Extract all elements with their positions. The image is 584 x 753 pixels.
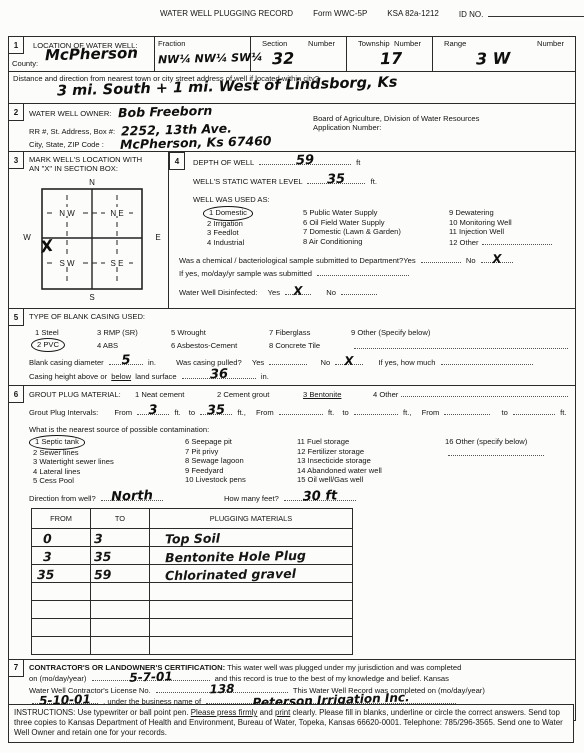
- used-as-option: 10 Monitoring Well: [449, 218, 569, 228]
- disinfected-no-line: [341, 287, 377, 295]
- form-body: 1 LOCATION OF WATER WELL: County: McPher…: [8, 36, 576, 721]
- disinfected-no-label: No: [326, 288, 336, 297]
- disinfected-yes-line: X: [285, 287, 311, 295]
- casing-option: 3 RMP (SR): [97, 328, 171, 337]
- grout-from3-line: [444, 407, 490, 415]
- static-unit-label: ft.: [371, 177, 377, 186]
- contamination-option: 16 Other (specify below): [445, 437, 571, 447]
- cell-to: [91, 582, 150, 600]
- certification-text-2: and this record is true to the best of m…: [215, 674, 449, 683]
- contamination-option: 2 Sewer lines: [33, 448, 185, 458]
- city-value: McPherson, Ks 67460: [120, 135, 272, 151]
- grout-intervals-label: Grout Plug Intervals:: [29, 408, 98, 417]
- owner-label: WATER WELL OWNER:: [29, 109, 111, 118]
- form-header: WATER WELL PLUGGING RECORD Form WWC-5P K…: [160, 9, 584, 19]
- section-2: 2 WATER WELL OWNER: Bob Freeborn RR #, S…: [9, 103, 575, 151]
- sample-question: Was a chemical / bacteriological sample …: [179, 256, 416, 265]
- casing-option: 6 Asbestos-Cement: [171, 341, 269, 350]
- from-label: From: [422, 408, 440, 417]
- cell-from: [32, 636, 91, 654]
- used-as-option: 8 Air Conditioning: [303, 237, 449, 247]
- casing-option: 9 Other (Specify below): [351, 328, 430, 337]
- section-3-title-line1: MARK WELL'S LOCATION WITH: [29, 155, 166, 164]
- form-statute: KSA 82a-1212: [387, 9, 439, 19]
- used-as-option: 9 Dewatering: [449, 208, 569, 218]
- grout-material-option: 4 Other: [373, 390, 398, 399]
- cell-from: 0: [43, 533, 52, 546]
- contamination-option: 13 Insecticide storage: [297, 456, 445, 466]
- location-cell: 1 LOCATION OF WATER WELL: County: McPher…: [9, 37, 155, 71]
- cell-material: [150, 582, 353, 600]
- how-much-line: [441, 357, 533, 365]
- range-number-label: Number: [537, 39, 564, 48]
- casing-option: 8 Concrete Tile: [269, 341, 351, 350]
- city-label: City, State, ZIP Code :: [29, 140, 104, 149]
- agency-block: Board of Agriculture, Division of Water …: [313, 104, 575, 151]
- id-number-line: [488, 9, 584, 17]
- instructions-box: INSTRUCTIONS: Use typewriter or ball poi…: [8, 704, 574, 743]
- cell-material: Bentonite Hole Plug: [165, 550, 306, 565]
- casing-height-label-1: Casing height above or: [29, 372, 107, 381]
- used-as-option: 6 Oil Field Water Supply: [303, 218, 449, 228]
- address-label: RR #, St. Address, Box #:: [29, 127, 115, 136]
- owner-value: Bob Freeborn: [117, 105, 212, 120]
- id-number-field: ID NO.: [459, 9, 584, 19]
- table-row: 35 59 Chlorinated gravel: [32, 564, 353, 582]
- quadrant-sw-label: S W: [59, 259, 75, 268]
- contamination-option: 10 Livestock pens: [185, 475, 297, 485]
- section-4: 4 DEPTH OF WELL 59 ft WELL'S STATIC WATE…: [169, 152, 575, 308]
- contamination-option: 3 Watertight sewer lines: [33, 457, 185, 467]
- section-3-title-line2: AN "X" IN SECTION BOX:: [29, 164, 166, 173]
- table-row: [32, 600, 353, 618]
- section-number-cell: Section Number 32: [251, 37, 347, 71]
- section-3-number-box: 3: [9, 152, 24, 169]
- casing-height-unit: in.: [261, 372, 269, 381]
- casing-height-value: 36: [209, 368, 228, 382]
- table-row: [32, 618, 353, 636]
- owner-block: 2 WATER WELL OWNER: Bob Freeborn RR #, S…: [9, 104, 313, 151]
- casing-pulled-no-line: X: [335, 357, 363, 365]
- cell-to: [91, 636, 150, 654]
- used-as-option: 3 Feedlot: [207, 228, 303, 238]
- grout-material-bentonite-underlined: 3 Bentonite: [303, 390, 373, 399]
- table-row: [32, 636, 353, 654]
- section-4-number-box: 4: [169, 152, 185, 170]
- static-water-level-line: 35: [307, 176, 365, 184]
- casing-diameter-unit: in.: [148, 358, 156, 367]
- section-5-number-box: 5: [9, 309, 24, 326]
- section-3: 3 MARK WELL'S LOCATION WITH AN "X" IN SE…: [9, 152, 169, 308]
- well-used-as-label: WELL WAS USED AS:: [193, 195, 569, 204]
- casing-pulled-no-label: No: [320, 358, 330, 367]
- fraction-label: Fraction: [158, 39, 247, 48]
- cell-material: Chlorinated gravel: [165, 568, 296, 583]
- quadrant-ne-label: N E: [110, 209, 123, 218]
- cell-material: [150, 636, 353, 654]
- ft-label: ft.: [328, 408, 334, 417]
- contamination-option: 6 Seepage pit: [185, 437, 297, 447]
- contamination-question: What is the nearest source of possible c…: [29, 425, 571, 434]
- form-number: Form WWC-5P: [313, 9, 367, 19]
- cell-material: Top Soil: [165, 533, 220, 546]
- casing-height-below-underlined: below: [111, 372, 131, 381]
- used-as-option: 2 Irrigation: [207, 219, 303, 229]
- casing-diameter-label: Blank casing diameter: [29, 358, 104, 367]
- contamination-other-line: [448, 448, 544, 456]
- sample-no-line: X: [481, 255, 513, 263]
- to-label: to: [342, 408, 348, 417]
- license-number-value: 138: [209, 682, 234, 695]
- water-well-plugging-record: WATER WELL PLUGGING RECORD Form WWC-5P K…: [0, 0, 584, 753]
- section-3-4-row: 3 MARK WELL'S LOCATION WITH AN "X" IN SE…: [9, 151, 575, 308]
- range-cell: Range Number 3 W: [433, 37, 575, 71]
- instructions-press-firmly-underlined: Please press firmly: [191, 708, 258, 717]
- ft-comma-label: ft.,: [403, 408, 411, 417]
- county-label: County:: [12, 59, 38, 68]
- contamination-option: 12 Fertilizer storage: [297, 447, 445, 457]
- section-value: 32: [272, 51, 295, 68]
- well-used-as-options: 1 Domestic 2 Irrigation 3 Feedlot 4 Indu…: [207, 208, 569, 247]
- depth-of-well-line: 59: [259, 157, 351, 165]
- ft-label: ft.: [560, 408, 566, 417]
- certification-title: CONTRACTOR'S OR LANDOWNER'S CERTIFICATIO…: [29, 663, 225, 672]
- ft-comma-label: ft.,: [237, 408, 245, 417]
- range-label: Range: [444, 39, 466, 48]
- grout-to2-line: [354, 407, 398, 415]
- compass-n-label: N: [89, 178, 95, 187]
- disinfected-yes-label: Yes: [268, 288, 280, 297]
- contamination-option: 15 Oil well/Gas well: [297, 475, 445, 485]
- township-cell: Township Number 17: [347, 37, 433, 71]
- section-6: 6 GROUT PLUG MATERIAL: 1 Neat cement 2 C…: [9, 385, 575, 659]
- section-label: Section: [262, 39, 287, 48]
- table-header-materials: PLUGGING MATERIALS: [150, 508, 353, 528]
- used-as-option: 5 Public Water Supply: [303, 208, 449, 218]
- table-header-to: TO: [91, 508, 150, 528]
- section-6-title: GROUT PLUG MATERIAL:: [29, 390, 135, 399]
- cell-to: 35: [94, 551, 112, 564]
- section-5-title: TYPE OF BLANK CASING USED:: [29, 312, 571, 321]
- certification-text-1: This water well was plugged under my jur…: [227, 663, 461, 672]
- used-as-option: 7 Domestic (Lawn & Garden): [303, 227, 449, 237]
- casing-other-line: [354, 341, 568, 349]
- sample-date-line: [317, 268, 409, 276]
- county-value: McPherson: [45, 46, 138, 63]
- casing-pulled-no-x-mark: X: [344, 355, 354, 367]
- depth-of-well-value: 59: [296, 154, 315, 168]
- section-1: 1 LOCATION OF WATER WELL: County: McPher…: [9, 37, 575, 71]
- depth-of-well-label: DEPTH OF WELL: [193, 158, 254, 167]
- cell-from: 3: [43, 551, 52, 564]
- instructions-print-underlined: print: [275, 708, 290, 717]
- to-label: to: [502, 408, 508, 417]
- depth-unit-label: ft: [356, 158, 360, 167]
- contamination-options: 1 Septic tank 2 Sewer lines 3 Watertight…: [33, 437, 571, 486]
- direction-from-well-label: Direction from well?: [29, 494, 96, 503]
- casing-height-label-2: land surface: [135, 372, 176, 381]
- to-label: to: [189, 408, 195, 417]
- grout-from-line: 3: [137, 407, 169, 415]
- casing-option: 5 Wrought: [171, 328, 269, 337]
- cell-to: [91, 618, 150, 636]
- instructions-text: INSTRUCTIONS: Use typewriter or ball poi…: [14, 708, 191, 717]
- used-as-other-line: [482, 237, 552, 245]
- used-as-option: 4 Industrial: [207, 238, 303, 248]
- casing-diameter-value: 5: [121, 354, 130, 367]
- business-name-line: Peterson Irrigation Inc.: [206, 696, 456, 704]
- grout-from-value: 3: [148, 404, 157, 417]
- contamination-option: 4 Lateral lines: [33, 467, 185, 477]
- contamination-option: 9 Feedyard: [185, 466, 297, 476]
- section-5: 5 TYPE OF BLANK CASING USED: 1 Steel 3 R…: [9, 308, 575, 385]
- how-many-feet-label: How many feet?: [224, 494, 279, 503]
- casing-option: 1 Steel: [35, 328, 97, 337]
- casing-pulled-yes-label: Yes: [252, 358, 264, 367]
- record-date-line: 5-10-01: [32, 696, 98, 704]
- compass-s-label: S: [89, 293, 94, 302]
- casing-pulled-question: Was casing pulled?: [176, 358, 242, 367]
- cell-from: [32, 600, 91, 618]
- section-2-number-box: 2: [9, 104, 24, 121]
- township-label: Township: [358, 39, 390, 48]
- sample-no-label: No: [466, 256, 476, 265]
- fraction-value: NW¼ NW¼ SW¼: [158, 52, 263, 66]
- contamination-option: 14 Abandoned water well: [297, 466, 445, 476]
- form-title: WATER WELL PLUGGING RECORD: [160, 9, 293, 19]
- range-value: 3 W: [476, 51, 511, 68]
- casing-pulled-yes-line: [269, 357, 307, 365]
- quadrant-se-label: S E: [111, 259, 124, 268]
- casing-height-line: 36: [182, 371, 256, 379]
- well-location-x-mark: X: [38, 236, 55, 257]
- license-number-line: 138: [156, 685, 288, 693]
- grout-to-line: 35: [200, 407, 232, 415]
- static-water-level-value: 35: [327, 173, 346, 187]
- section-number-label: Number: [308, 39, 335, 48]
- grout-from2-line: [279, 407, 323, 415]
- section-location-diagram: N S W E N W N E S W: [17, 176, 167, 302]
- cell-from: 35: [37, 569, 55, 582]
- from-label: From: [256, 408, 274, 417]
- plugging-materials-table: FROM TO PLUGGING MATERIALS 0 3 Top Soil …: [31, 508, 353, 655]
- sample-no-x-mark: X: [492, 253, 502, 265]
- table-row: 3 35 Bentonite Hole Plug: [32, 546, 353, 564]
- compass-w-label: W: [23, 233, 31, 242]
- disinfected-label: Water Well Disinfected:: [179, 288, 258, 297]
- instructions-text: and: [257, 708, 275, 717]
- used-as-option: 11 Injection Well: [449, 227, 569, 237]
- completed-date-value: 5-7-01: [129, 671, 173, 685]
- contamination-option: 5 Cess Pool: [33, 476, 185, 486]
- contamination-option: 8 Sewage lagoon: [185, 456, 297, 466]
- cell-to: 59: [94, 569, 112, 582]
- sample-date-label: If yes, mo/day/yr sample was submitted: [179, 269, 312, 278]
- agency-name: Board of Agriculture, Division of Water …: [313, 114, 575, 123]
- feet-value: 30 ft: [302, 489, 337, 503]
- feet-line: 30 ft: [284, 493, 356, 501]
- compass-e-label: E: [155, 233, 160, 242]
- sample-yes-line: [421, 255, 461, 263]
- cell-from: [32, 582, 91, 600]
- grout-material-other-line: [401, 389, 568, 397]
- section-1-number-box: 1: [9, 37, 24, 54]
- township-value: 17: [380, 51, 403, 68]
- distance-row: Distance and direction from nearest town…: [9, 71, 575, 103]
- direction-value: North: [111, 489, 153, 503]
- completed-on-label: on (mo/day/year): [29, 674, 86, 683]
- cell-from: [32, 618, 91, 636]
- grout-to3-line: [513, 407, 555, 415]
- ft-label: ft.: [174, 408, 180, 417]
- section-6-number-box: 6: [9, 386, 24, 403]
- grout-to-value: 35: [207, 404, 226, 418]
- grout-material-option: 1 Neat cement: [135, 390, 217, 399]
- casing-diameter-line: 5: [109, 357, 143, 365]
- table-header-from: FROM: [32, 508, 91, 528]
- section-7-number-box: 7: [9, 660, 24, 677]
- table-header-row: FROM TO PLUGGING MATERIALS: [32, 508, 353, 528]
- id-number-label: ID NO.: [459, 10, 483, 19]
- contamination-option: 11 Fuel storage: [297, 437, 445, 447]
- grout-material-option: 2 Cement grout: [217, 390, 303, 399]
- casing-option: 4 ABS: [97, 341, 171, 350]
- disinfected-yes-x-mark: X: [293, 285, 303, 297]
- used-as-option: 12 Other: [449, 238, 479, 247]
- completed-date-line: 5-7-01: [92, 673, 210, 681]
- quadrant-nw-label: N W: [59, 209, 75, 218]
- from-label: From: [114, 408, 132, 417]
- static-water-level-label: WELL'S STATIC WATER LEVEL: [193, 177, 302, 186]
- cell-material: [150, 600, 353, 618]
- contamination-option: 7 Pit privy: [185, 447, 297, 457]
- fraction-cell: Fraction NW¼ NW¼ SW¼: [155, 37, 251, 71]
- direction-line: North: [101, 493, 163, 501]
- application-number-label: Application Number:: [313, 123, 575, 132]
- table-row: 0 3 Top Soil: [32, 528, 353, 546]
- table-row: [32, 582, 353, 600]
- cell-to: 3: [94, 533, 103, 546]
- cell-material: [150, 618, 353, 636]
- casing-option: 7 Fiberglass: [269, 328, 351, 337]
- township-number-label: Number: [394, 39, 421, 48]
- cell-to: [91, 600, 150, 618]
- how-much-label: If yes, how much: [378, 358, 435, 367]
- casing-pvc-circled: 2 PVC: [31, 338, 65, 352]
